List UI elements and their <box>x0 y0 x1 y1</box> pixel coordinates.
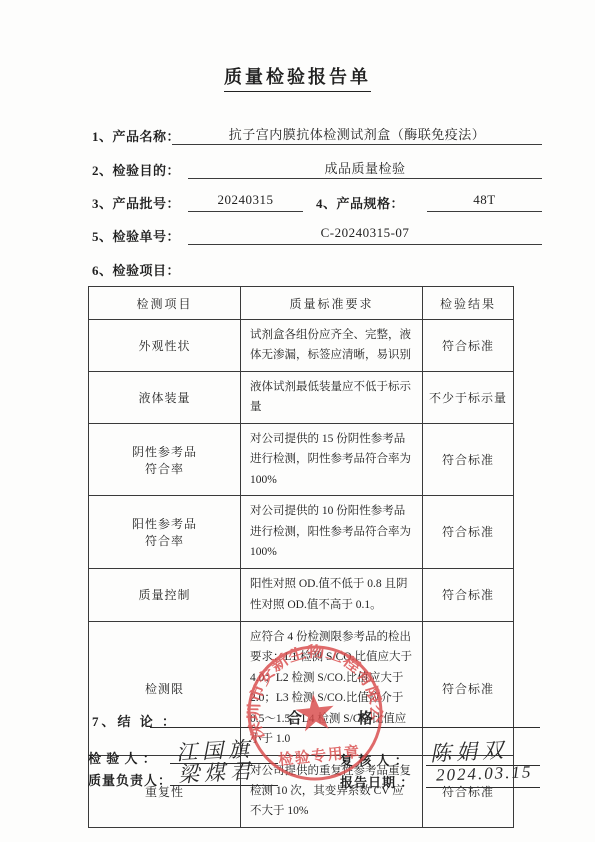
field-line-purpose: 成品质量检验 <box>188 158 542 179</box>
item-name: 阳性参考品 符合率 <box>89 496 241 568</box>
field-label-batch-no: 3、产品批号： <box>92 193 180 212</box>
item-name: 液体装量 <box>89 371 241 423</box>
col-header-item: 检测项目 <box>89 287 241 320</box>
title-wrap: 质量检验报告单 <box>0 63 595 92</box>
table-row: 阴性参考品 符合率 对公司提供的 15 份阴性参考品进行检测，阴性参考品符合率为… <box>89 423 514 495</box>
conclusion-value: 合 格 <box>287 707 399 728</box>
item-requirement: 试剂盒各组份应齐全、完整，液体无渗漏，标签应清晰，易识别 <box>241 320 423 372</box>
item-name: 外观性状 <box>89 320 241 372</box>
col-header-requirement: 质量标准要求 <box>241 287 423 320</box>
item-requirement: 对公司提供的 15 份阴性参考品进行检测，阴性参考品符合率为 100% <box>241 423 423 495</box>
field-value-product-name: 抗子宫内膜抗体检测试剂盒（酶联免疫法） <box>229 127 486 142</box>
field-value-report-no: C-20240315-07 <box>321 225 410 240</box>
col-header-result: 检验结果 <box>423 287 514 320</box>
item-requirement: 阳性对照 OD.值不低于 0.8 且阴性对照 OD.值不高于 0.1。 <box>241 568 423 621</box>
field-value-spec: 48T <box>473 192 495 207</box>
field-line-report-no: C-20240315-07 <box>188 224 542 245</box>
item-result: 符合标准 <box>423 423 514 495</box>
field-line-batch-no: 20240315 <box>188 191 303 212</box>
table-row: 外观性状 试剂盒各组份应齐全、完整，液体无渗漏，标签应清晰，易识别 符合标准 <box>89 320 514 372</box>
field-label-items-heading: 6、检验项目： <box>92 260 180 279</box>
item-result: 不少于标示量 <box>423 371 514 423</box>
field-value-batch-no: 20240315 <box>218 192 274 207</box>
field-label-spec: 4、产品规格： <box>316 193 404 212</box>
item-name: 阴性参考品 符合率 <box>89 423 241 495</box>
item-requirement: 对公司提供的 10 份阳性参考品进行检测，阳性参考品符合率为 100% <box>241 496 423 568</box>
item-requirement: 液体试剂最低装量应不低于标示量 <box>241 371 423 423</box>
report-date-value: 2024.03.15 <box>436 762 533 785</box>
table-header-row: 检测项目 质量标准要求 检验结果 <box>89 287 514 320</box>
field-label-purpose: 2、检验目的： <box>92 160 180 179</box>
item-result: 符合标准 <box>423 496 514 568</box>
quality-manager-signature: 梁煤君 <box>177 755 256 789</box>
inspector-label: 检 验 人 ： <box>88 748 157 767</box>
field-value-purpose: 成品质量检验 <box>324 161 405 176</box>
item-result: 符合标准 <box>423 568 514 621</box>
item-result: 符合标准 <box>423 320 514 372</box>
item-name: 质量控制 <box>89 568 241 621</box>
table-row: 液体装量 液体试剂最低装量应不低于标示量 不少于标示量 <box>89 371 514 423</box>
quality-manager-label: 质量负责人： <box>88 770 172 789</box>
field-label-report-no: 5、检验单号： <box>92 226 180 245</box>
page-title: 质量检验报告单 <box>224 63 371 92</box>
field-line-spec: 48T <box>427 191 542 212</box>
table-row: 质量控制 阳性对照 OD.值不低于 0.8 且阴性对照 OD.值不高于 0.1。… <box>89 568 514 621</box>
table-row: 阳性参考品 符合率 对公司提供的 10 份阳性参考品进行检测，阳性参考品符合率为… <box>89 496 514 568</box>
field-line-product-name: 抗子宫内膜抗体检测试剂盒（酶联免疫法） <box>172 124 542 145</box>
field-label-product-name: 1、产品名称： <box>92 126 180 145</box>
stamp-label: 检验专用章 <box>278 743 362 770</box>
report-page: 质量检验报告单 1、产品名称： 抗子宫内膜抗体检测试剂盒（酶联免疫法） 2、检验… <box>0 0 595 842</box>
